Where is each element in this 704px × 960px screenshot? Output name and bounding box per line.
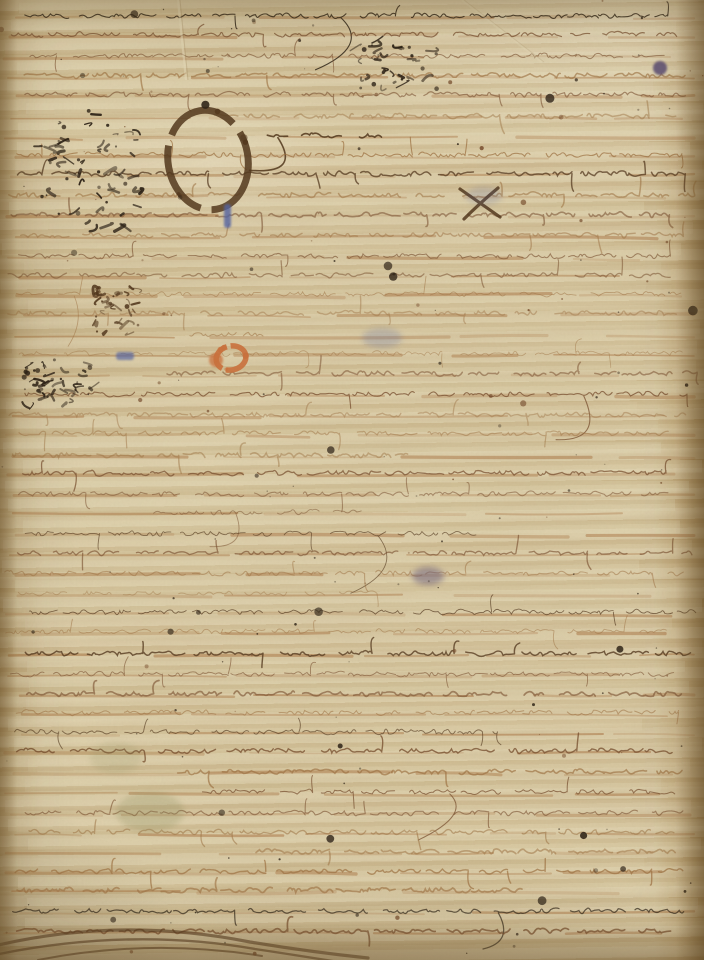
grain-texture xyxy=(0,0,704,960)
handwriting-layer xyxy=(0,0,704,960)
manuscript-scan xyxy=(0,0,704,960)
